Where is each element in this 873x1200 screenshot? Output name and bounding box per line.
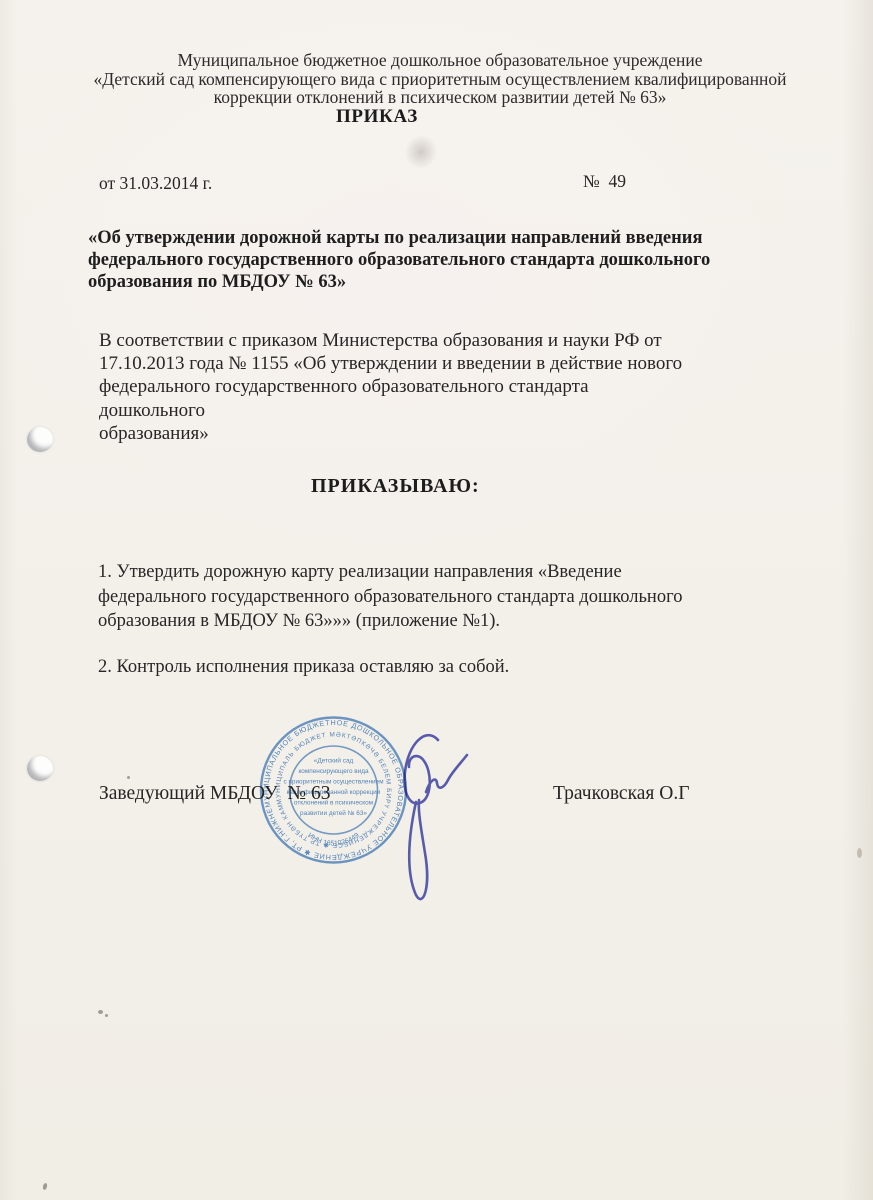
stamp-center-line-2: компенсирующего вида	[298, 768, 369, 775]
scan-speck	[105, 1014, 108, 1017]
order-number: № 49	[583, 171, 626, 192]
scan-speck	[98, 1010, 103, 1014]
order-item-2: 2. Контроль исполнения приказа оставляю …	[98, 657, 509, 678]
stamp-center-line-3: с приоритетным осуществлением	[283, 779, 383, 786]
document-type-title: ПРИКАЗ	[336, 106, 418, 128]
order-date: от 31.03.2014 г.	[99, 173, 212, 194]
order-item-1: 1. Утвердить дорожную карту реализации н…	[98, 560, 698, 634]
item-1-line-1: 1. Утвердить дорожную карту реализации н…	[98, 560, 698, 585]
scan-speck	[42, 1183, 48, 1191]
org-name-line-1: Муниципальное бюджетное дошкольное образ…	[67, 51, 813, 70]
scan-speck	[127, 776, 130, 779]
scanned-order-page: Муниципальное бюджетное дошкольное образ…	[0, 0, 873, 1200]
order-keyword: ПРИКАЗЫВАЮ:	[311, 475, 480, 498]
order-preamble: В соответствии с приказом Министерства о…	[99, 329, 699, 445]
stamp-center-line-6: развитии детей № 63»	[300, 809, 367, 817]
punch-hole-bottom	[27, 756, 53, 781]
org-header: Муниципальное бюджетное дошкольное образ…	[67, 51, 813, 107]
org-name-line-2: «Детский сад компенсирующего вида с прио…	[67, 70, 813, 89]
handwritten-signature	[378, 688, 490, 913]
org-name-line-3: коррекции отклонений в психическом разви…	[67, 88, 813, 107]
signature-descender	[409, 800, 427, 899]
punch-hole-top	[27, 427, 53, 452]
signoff-name: Трачковская О.Г	[553, 783, 690, 805]
preamble-line-1: В соответствии с приказом Министерства о…	[99, 329, 699, 352]
signature-zigzag-flourish	[426, 755, 467, 792]
scan-smudge	[401, 131, 442, 173]
subject-line-3: образования по МБДОУ № 63»	[88, 271, 728, 293]
subject-line-1: «Об утверждении дорожной карты по реализ…	[88, 227, 728, 249]
item-1-line-3: образования в МБДОУ № 63»»» (приложение …	[98, 609, 698, 634]
scan-speck	[857, 848, 862, 858]
signature-loop	[404, 735, 438, 803]
preamble-line-3: федерального государственного образовате…	[99, 375, 699, 421]
preamble-line-2: 17.10.2013 года № 1155 «Об утверждении и…	[99, 352, 699, 375]
preamble-line-4: образования»	[99, 422, 699, 445]
stamp-center-line-1: «Детский сад	[314, 757, 354, 765]
subject-line-2: федерального государственного образовате…	[88, 249, 728, 271]
stamp-center-line-5: отклонений в психическом	[294, 799, 373, 807]
order-subject: «Об утверждении дорожной карты по реализ…	[88, 227, 728, 293]
stamp-center-line-4: квалифицированной коррекции	[287, 788, 381, 796]
item-1-line-2: федерального государственного образовате…	[98, 585, 698, 610]
